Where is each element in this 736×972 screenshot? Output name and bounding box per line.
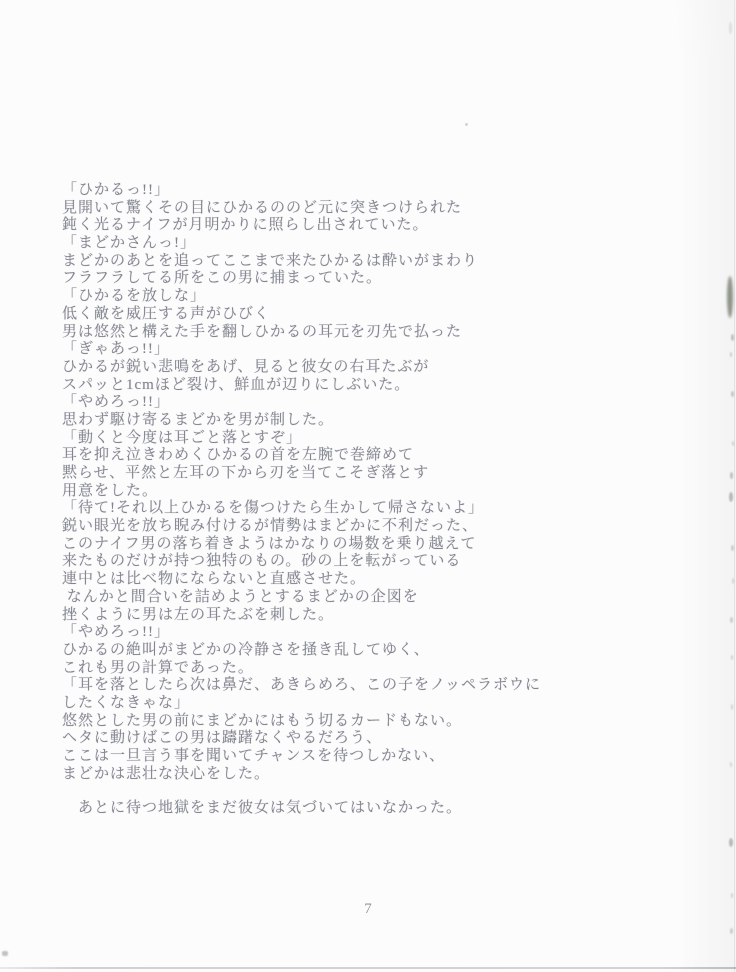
scan-speck: [730, 472, 733, 479]
text-line: 用意をした。: [62, 483, 622, 501]
scan-speck: [730, 762, 732, 767]
text-line: 「動くと今度は耳ごと落とすぞ」: [62, 430, 622, 448]
story-text-block: 「ひかるっ!!」見開いて驚くその目にひかるののど元に突きつけられた鈍く光るナイフ…: [62, 182, 622, 783]
closing-line: あとに待つ地獄をまだ彼女は気づいてはいなかった。: [62, 796, 462, 817]
scan-speck: [729, 838, 733, 847]
text-line: スパッと1cmほど裂け、鮮血が辺りにしぶいた。: [62, 377, 622, 395]
text-line: ひかるが鋭い悲鳴をあげ、見ると彼女の右耳たぶが: [62, 359, 622, 377]
page-number: 7: [0, 901, 736, 918]
text-line: 「待て!それ以上ひかるを傷つけたら生かして帰さないよ」: [62, 500, 622, 518]
page-bottom-edge: [0, 967, 736, 969]
scan-speck: [731, 655, 733, 660]
scan-speck: [465, 123, 468, 126]
text-line: 悠然とした男の前にまどかにはもう切るカードもない。: [62, 713, 622, 731]
text-line: まどかのあとを追ってここまで来たひかるは酔いがまわり: [62, 253, 622, 271]
scan-speck: [730, 928, 733, 934]
text-line: フラフラしてる所をこの男に捕まっていた。: [62, 270, 622, 288]
text-line: まどかは悲壮な決心をした。: [62, 766, 622, 784]
text-line: したくなきゃな」: [62, 695, 622, 713]
text-line: 思わず駆け寄るまどかを男が制した。: [62, 412, 622, 430]
text-line: 「ひかるを放しな」: [62, 288, 622, 306]
scanned-page: 「ひかるっ!!」見開いて驚くその目にひかるののど元に突きつけられた鈍く光るナイフ…: [0, 0, 736, 972]
text-line: なんかと間合いを詰めようとするまどかの企図を: [62, 589, 622, 607]
text-line: 「ぎゃあっ!!」: [62, 341, 622, 359]
text-line: 鋭い眼光を放ち睨み付けるが情勢はまどかに不利だった、: [62, 518, 622, 536]
text-line: 「耳を落としたら次は鼻だ、あきらめろ、この子をノッペラボウに: [62, 677, 622, 695]
text-line: 来たものだけが持つ独特のもの。砂の上を転がっている: [62, 553, 622, 571]
text-line: 「やめろっ!!」: [62, 394, 622, 412]
text-line: 見開いて驚くその目にひかるののど元に突きつけられた: [62, 200, 622, 218]
text-line: 黙らせ、平然と左耳の下から刃を当てこそぎ落とす: [62, 465, 622, 483]
text-line: 鈍く光るナイフが月明かりに照らし出されていた。: [62, 217, 622, 235]
scan-speck: [731, 545, 734, 551]
scan-speck: [731, 704, 733, 710]
scan-speck: [729, 492, 733, 502]
text-line: 連中とは比べ物にならないと直感させた。: [62, 571, 622, 589]
scan-speck: [730, 617, 733, 623]
scan-speck: [731, 893, 733, 898]
text-line: 男は悠然と構えた手を翻しひかるの耳元を刃先で払った: [62, 324, 622, 342]
scan-speck: [730, 352, 732, 357]
scan-speck: [732, 441, 734, 446]
text-line: 耳を抑え泣きわめくひかるの首を左腕で巻締めて: [62, 447, 622, 465]
text-line: 「やめろっ!!」: [62, 624, 622, 642]
scan-speck: [2, 951, 8, 956]
text-line: 低く敵を威圧する声がひびく: [62, 306, 622, 324]
text-line: このナイフ男の落ち着きようはかなりの場数を乗り越えて: [62, 536, 622, 554]
scan-speck: [729, 22, 732, 34]
scan-smudge: [727, 276, 733, 318]
page-right-edge: [734, 0, 735, 972]
text-line: ここは一旦言う事を聞いてチャンスを待つしかない、: [62, 748, 622, 766]
text-line: ヘタに動けばこの男は躊躇なくやるだろう、: [62, 730, 622, 748]
scan-speck: [731, 334, 734, 341]
text-line: ひかるの絶叫がまどかの冷静さを掻き乱してゆく、: [62, 642, 622, 660]
text-line: 「まどかさんっ!」: [62, 235, 622, 253]
scan-speck: [732, 578, 734, 584]
scan-speck: [731, 391, 734, 397]
text-line: 「ひかるっ!!」: [62, 182, 622, 200]
text-line: これも男の計算であった。: [62, 660, 622, 678]
text-line: 挫くように男は左の耳たぶを刺した。: [62, 607, 622, 625]
